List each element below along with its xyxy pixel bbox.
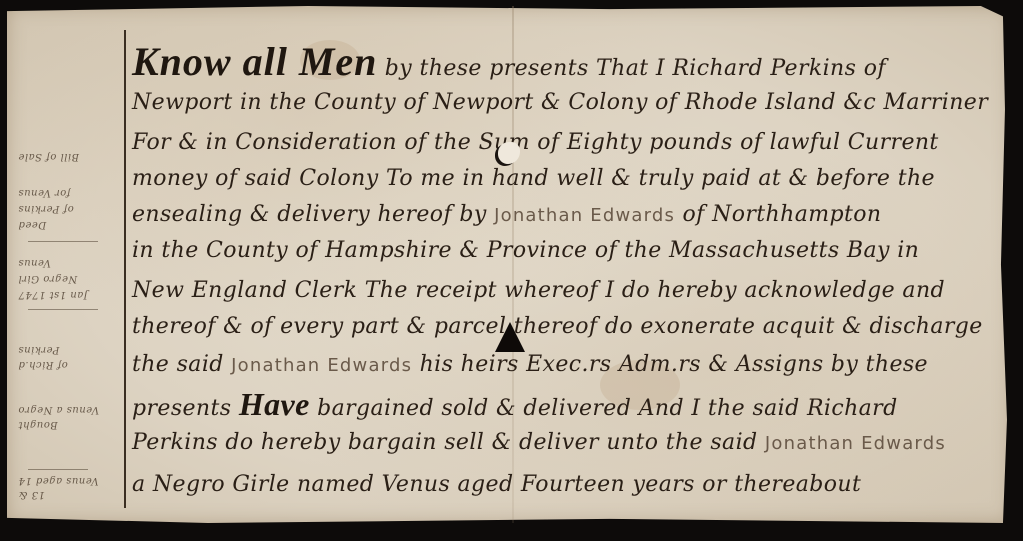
deed-line-1: Know all Men by these presents That I Ri… [132, 38, 886, 85]
margin-note: Venus [18, 256, 118, 268]
scan-bottom-border [0, 523, 1023, 541]
deed-line-6: in the County of Hampshire & Province of… [132, 238, 919, 263]
deed-heading: Know all Men [132, 39, 377, 84]
margin-divider [28, 309, 98, 310]
margin-divider [28, 241, 98, 242]
line-text: presents [132, 396, 239, 421]
line-text: by these presents That I Richard Perkins… [377, 56, 886, 81]
buyer-name: Jonathan Edwards [494, 205, 675, 226]
margin-note: Bought [18, 418, 118, 430]
line-text: Perkins do hereby bargain sell & deliver… [132, 430, 765, 455]
line-text: the said [132, 352, 231, 377]
deed-line-7: New England Clerk The receipt whereof I … [132, 278, 945, 303]
margin-divider [28, 469, 88, 470]
have-emphasis: Have [239, 386, 310, 422]
deed-line-10: presents Have bargained sold & delivered… [132, 386, 898, 423]
margin-note: Venus aged 14 [18, 474, 118, 486]
margin-note: Deed [18, 218, 118, 230]
deed-line-5: ensealing & delivery hereof by Jonathan … [132, 202, 881, 227]
margin-note: of Rich.d [18, 358, 118, 370]
margin-note: 13 & [18, 488, 118, 500]
deed-line-8: thereof & of every part & parcel thereof… [132, 314, 983, 339]
margin-note: Jan 1st 1747 [18, 288, 118, 300]
arrow-pointer-icon [495, 322, 525, 352]
margin-note: Negro Girl [18, 272, 118, 284]
deed-line-9: the said Jonathan Edwards his heirs Exec… [132, 352, 928, 377]
margin-notes: 13 & Venus aged 14 Bought Venus a Negro … [18, 140, 118, 510]
margin-rule-line [124, 30, 126, 508]
margin-note: for Venus [18, 186, 118, 198]
line-text: his heirs Exec.rs Adm.rs & Assigns by th… [412, 352, 928, 377]
line-text: of Northhampton [675, 202, 881, 227]
margin-note: of Perkins [18, 202, 118, 214]
deed-line-3: For & in Consideration of the Sum of Eig… [132, 130, 939, 155]
buyer-name: Jonathan Edwards [231, 355, 412, 376]
margin-note: Bill of Sale [18, 150, 118, 162]
deed-line-12: a Negro Girle named Venus aged Fourteen … [132, 472, 861, 497]
deed-line-11: Perkins do hereby bargain sell & deliver… [132, 430, 946, 455]
document-scan: 13 & Venus aged 14 Bought Venus a Negro … [0, 0, 1023, 541]
margin-note: Venus a Negro [18, 403, 118, 415]
line-text: ensealing & delivery hereof by [132, 202, 494, 227]
buyer-name: Jonathan Edwards [765, 433, 946, 454]
deed-line-2: Newport in the County of Newport & Colon… [132, 90, 988, 115]
line-text: bargained sold & delivered And I the sai… [310, 396, 898, 421]
deed-line-4: money of said Colony To me in hand well … [132, 166, 935, 191]
margin-note: Perkins [18, 343, 118, 355]
